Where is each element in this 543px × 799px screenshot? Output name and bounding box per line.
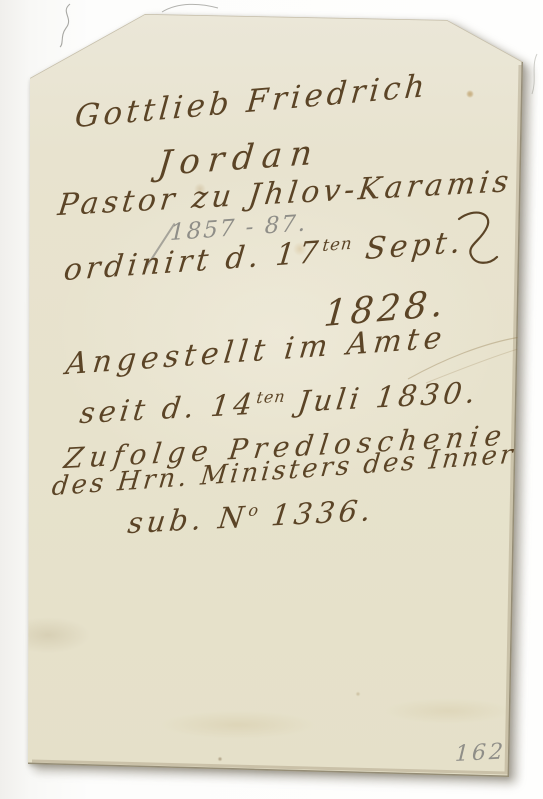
decree-number-text: sub. N <box>126 500 250 541</box>
decree-number-value: 1336. <box>256 493 376 533</box>
scan-background: Gottlieb Friedrich Jordan Pastor zu Jhlo… <box>0 0 543 799</box>
appointment-superscript: ten <box>255 386 286 407</box>
ordination-superscript: ten <box>322 234 354 255</box>
record-card: Gottlieb Friedrich Jordan Pastor zu Jhlo… <box>28 13 525 779</box>
card-shadow: Gottlieb Friedrich Jordan Pastor zu Jhlo… <box>0 0 543 799</box>
archive-number: 162 <box>454 739 506 767</box>
